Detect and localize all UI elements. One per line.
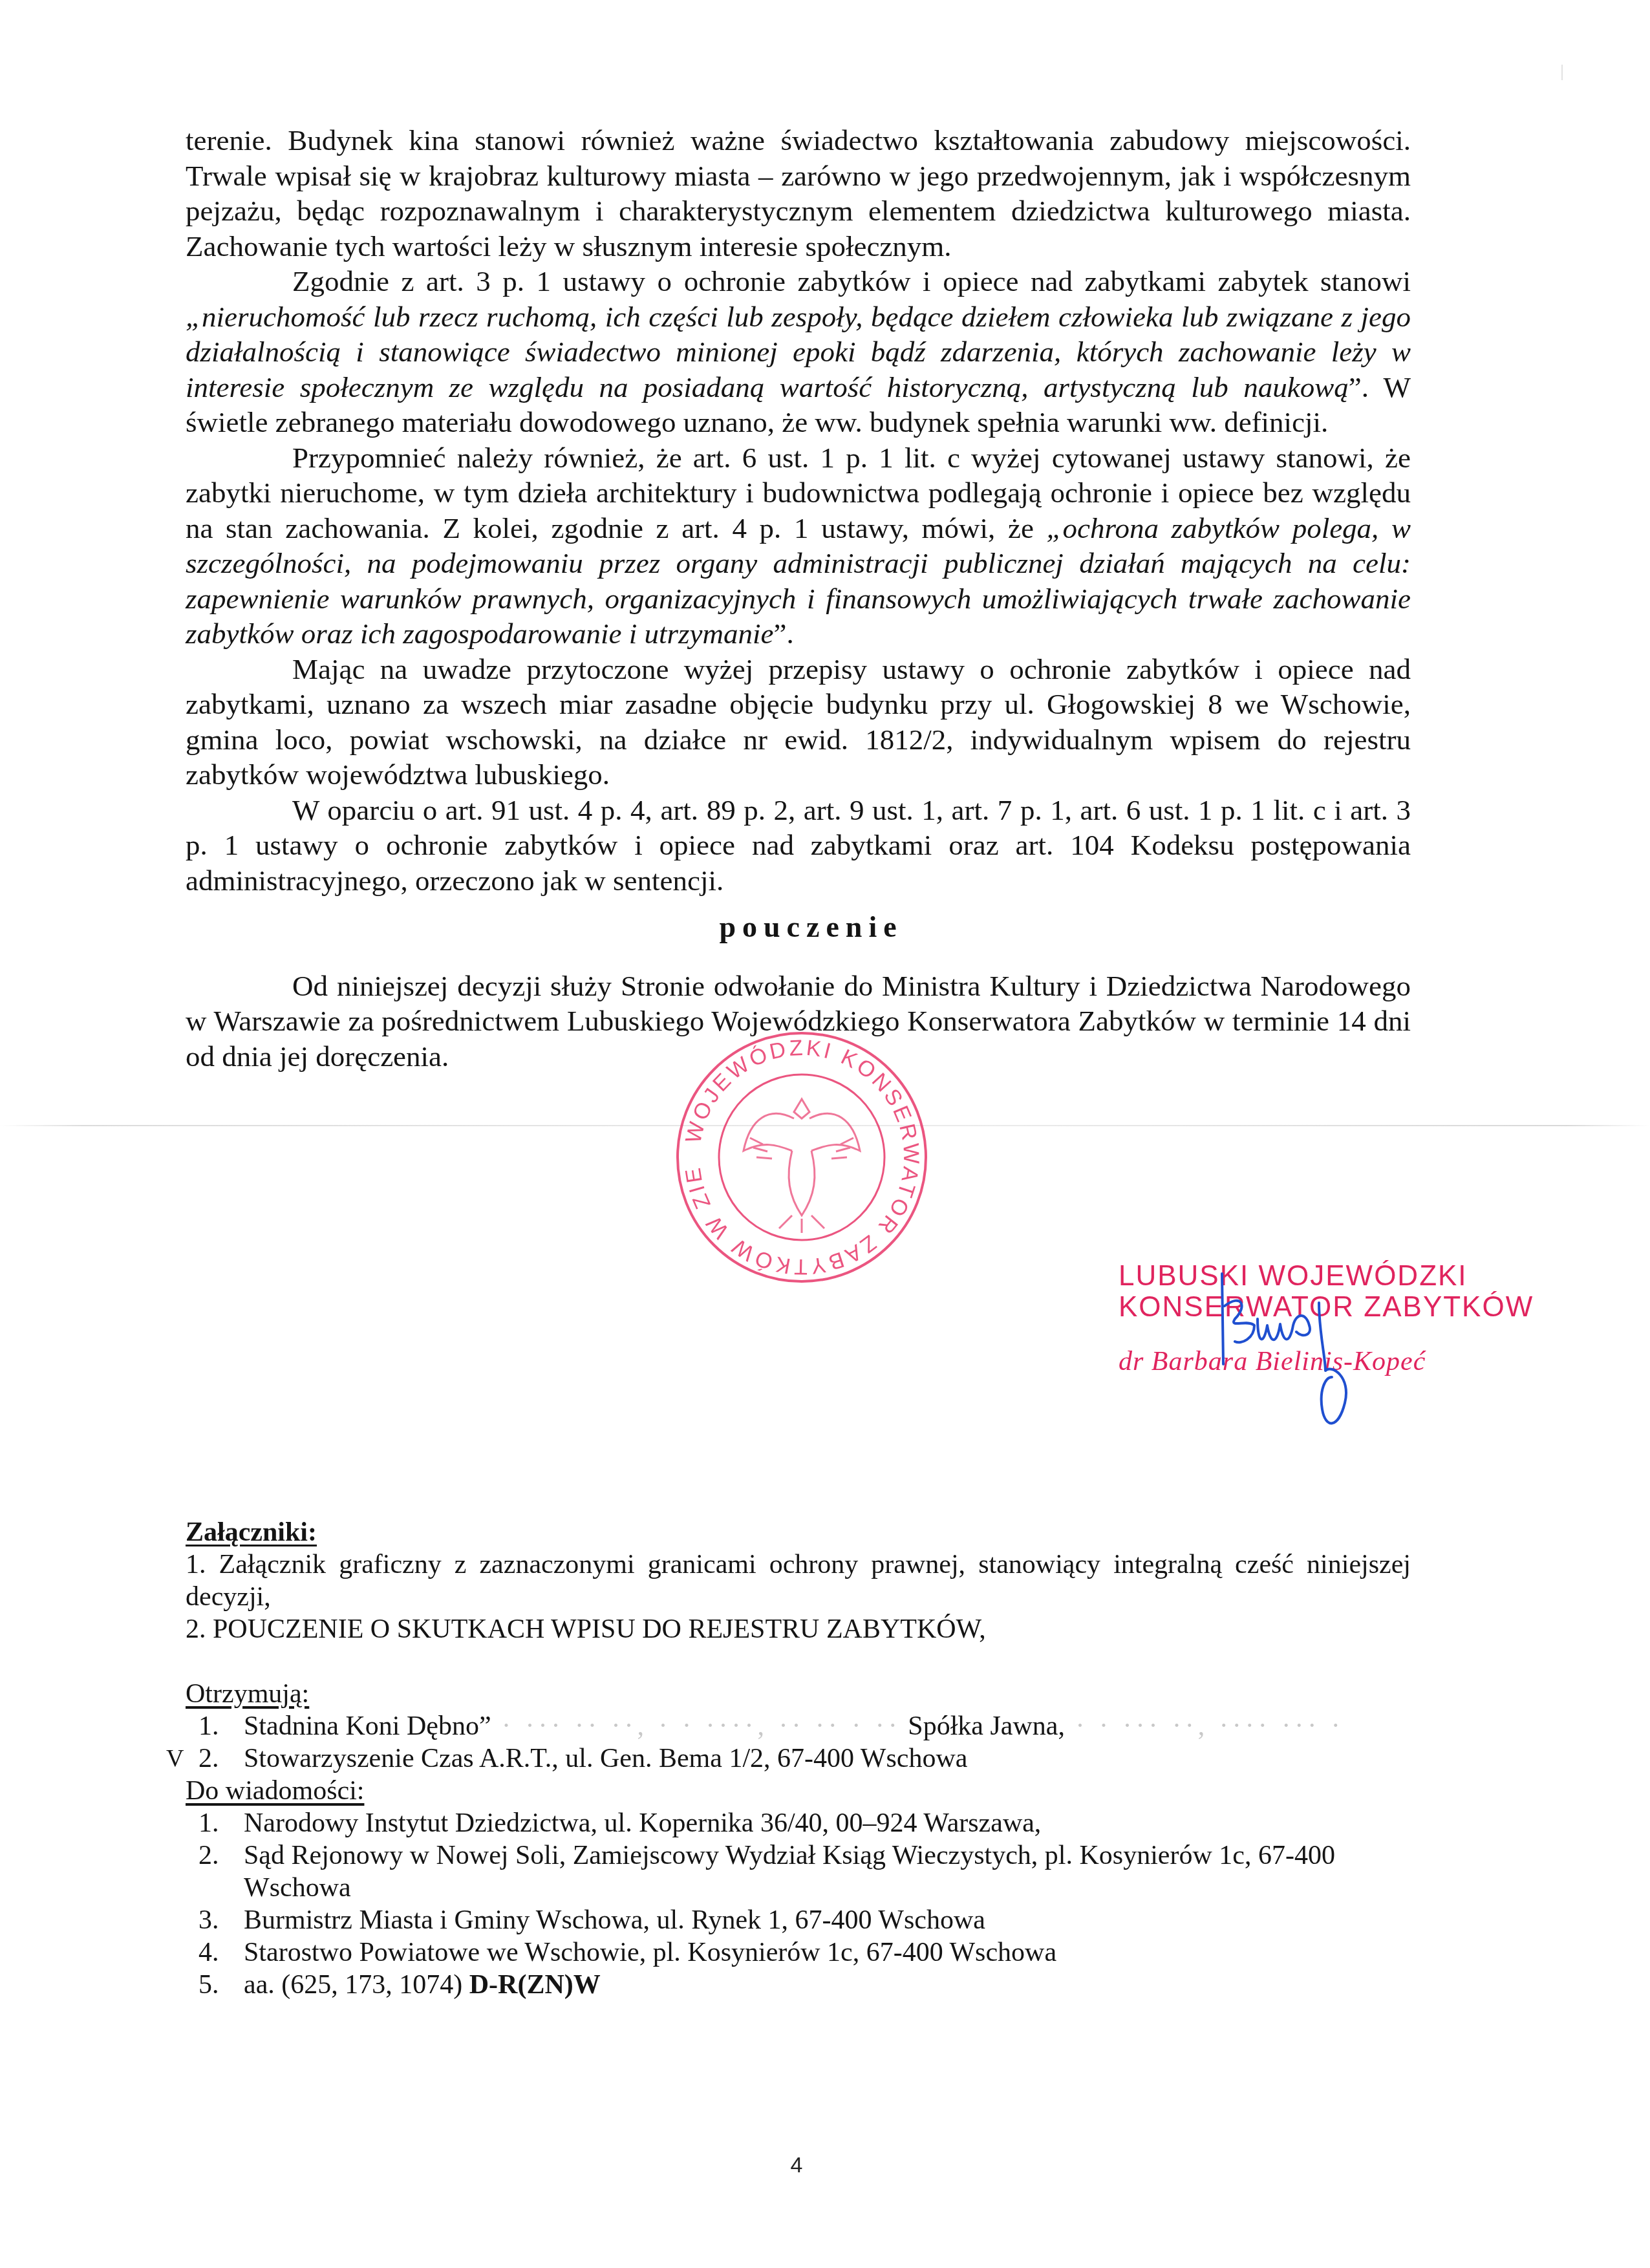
item-number: 4. bbox=[198, 1936, 219, 1969]
pouczenie-text: Od niniejszej decyzji służy Stronie odwo… bbox=[186, 968, 1411, 1075]
recipient-text: Narodowy Instytut Dziedzictwa, ul. Koper… bbox=[244, 1808, 1041, 1838]
item-number: 1. bbox=[198, 1710, 219, 1742]
recipient-item: 1.Stadnina Koni Dębno” · ··· ·· ··, · · … bbox=[186, 1710, 1411, 1742]
stamp-title-line1: LUBUSKI WOJEWÓDZKI bbox=[1119, 1261, 1481, 1292]
item-number: 2. bbox=[198, 1839, 219, 1872]
recipient-text: Starostwo Powiatowe we Wschowie, pl. Kos… bbox=[244, 1938, 1056, 1967]
paragraph-text: terenie. Budynek kina stanowi również wa… bbox=[186, 124, 1411, 262]
item-number: 3. bbox=[198, 1904, 219, 1936]
information-recipient-item: 3.Burmistrz Miasta i Gminy Wschowa, ul. … bbox=[186, 1904, 1411, 1936]
information-recipient-item: 5.aa. (625, 173, 1074) D-R(ZN)W bbox=[186, 1969, 1411, 2001]
paragraph: terenie. Budynek kina stanowi również wa… bbox=[186, 123, 1411, 264]
case-reference: D-R(ZN)W bbox=[469, 1970, 601, 2000]
paragraph: Zgodnie z art. 3 p. 1 ustawy o ochronie … bbox=[186, 264, 1411, 440]
attachments-and-distribution: Załączniki: 1. Załącznik graficzny z zaz… bbox=[186, 1516, 1411, 2001]
signatory-name: dr Barbara Bielinis-Kopeć bbox=[1119, 1346, 1481, 1377]
for-information-list: 1.Narodowy Instytut Dziedzictwa, ul. Kop… bbox=[186, 1807, 1411, 2001]
paragraph-text: Mając na uwadze przytoczone wyżej przepi… bbox=[186, 653, 1411, 791]
information-recipient-item: 4.Starostwo Powiatowe we Wschowie, pl. K… bbox=[186, 1936, 1411, 1969]
paragraph-text: Zgodnie z art. 3 p. 1 ustawy o ochronie … bbox=[292, 265, 1411, 297]
recipient-text: Burmistrz Miasta i Gminy Wschowa, ul. Ry… bbox=[244, 1905, 985, 1935]
recipient-text: Sąd Rejonowy w Nowej Soli, Zamiejscowy W… bbox=[244, 1841, 1335, 1903]
information-recipient-item: 2.Sąd Rejonowy w Nowej Soli, Zamiejscowy… bbox=[186, 1839, 1411, 1904]
recipient-text: Spółka Jawna, bbox=[901, 1711, 1065, 1741]
document-page: terenie. Budynek kina stanowi również wa… bbox=[0, 0, 1650, 2268]
page-number: 4 bbox=[784, 2153, 809, 2178]
recipient-text: Stowarzyszenie Czas A.R.T., ul. Gen. Bem… bbox=[244, 1744, 967, 1773]
recipient-text: aa. (625, 173, 1074) bbox=[244, 1970, 469, 2000]
paragraph: W oparciu o art. 91 ust. 4 p. 4, art. 89… bbox=[186, 793, 1411, 899]
redacted-text: · · ··· ··, ···· ··· · bbox=[1065, 1711, 1344, 1741]
information-recipient-item: 1.Narodowy Instytut Dziedzictwa, ul. Kop… bbox=[186, 1807, 1411, 1839]
paragraph: Przypomnieć należy również, że art. 6 us… bbox=[186, 440, 1411, 652]
paragraph: Mając na uwadze przytoczone wyżej przepi… bbox=[186, 652, 1411, 793]
paper-fold-line bbox=[0, 1125, 1650, 1126]
recipients-heading: Otrzymują: bbox=[186, 1678, 1411, 1710]
recipient-text: Stadnina Koni Dębno” bbox=[244, 1711, 491, 1741]
scan-artifact bbox=[1561, 65, 1563, 80]
attachments-heading: Załączniki: bbox=[186, 1516, 1411, 1548]
attachment-item: 2. POUCZENIE O SKUTKACH WPISU DO REJESTR… bbox=[186, 1613, 1411, 1645]
justification-paragraphs: terenie. Budynek kina stanowi również wa… bbox=[186, 123, 1411, 898]
signature-stamp: LUBUSKI WOJEWÓDZKI KONSERWATOR ZABYTKÓW … bbox=[1119, 1261, 1481, 1377]
item-number: 1. bbox=[198, 1807, 219, 1839]
attachment-item: 1. Załącznik graficzny z zaznaczonymi gr… bbox=[186, 1548, 1411, 1613]
attachments-list: 1. Załącznik graficzny z zaznaczonymi gr… bbox=[186, 1548, 1411, 1645]
recipient-item: V2.Stowarzyszenie Czas A.R.T., ul. Gen. … bbox=[186, 1742, 1411, 1775]
item-number: 5. bbox=[198, 1969, 219, 2001]
for-information-heading: Do wiadomości: bbox=[186, 1775, 1411, 1807]
recipients-list: 1.Stadnina Koni Dębno” · ··· ·· ··, · · … bbox=[186, 1710, 1411, 1775]
handwritten-check-mark: V bbox=[166, 1742, 184, 1775]
redacted-text: · ··· ·· ··, · · ····, ·· ·· · ·· bbox=[491, 1711, 901, 1741]
quoted-legal-text: „nieruchomość lub rzecz ruchomą, ich czę… bbox=[186, 301, 1411, 403]
decision-body: terenie. Budynek kina stanowi również wa… bbox=[186, 123, 1411, 1074]
item-number: 2. bbox=[198, 1742, 219, 1775]
paragraph-text: W oparciu o art. 91 ust. 4 p. 4, art. 89… bbox=[186, 794, 1411, 897]
paragraph-text: ”. bbox=[774, 617, 794, 650]
pouczenie-heading: pouczenie bbox=[186, 910, 1411, 945]
stamp-title-line2: KONSERWATOR ZABYTKÓW bbox=[1119, 1292, 1481, 1323]
